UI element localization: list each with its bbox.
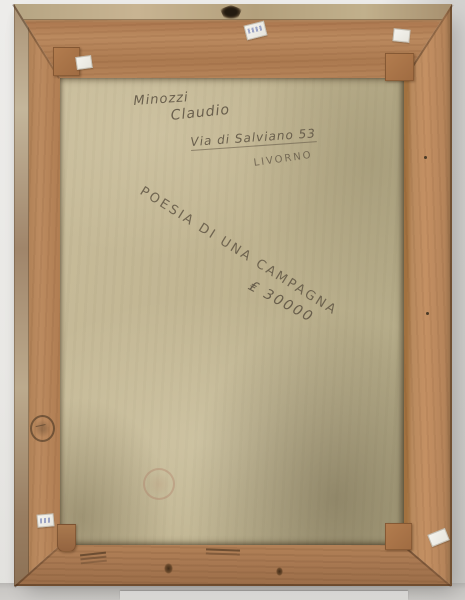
nail-head: [426, 312, 429, 315]
wood-knot: [164, 563, 173, 574]
nail-head: [424, 156, 427, 159]
stretcher-bar-left-face: [14, 4, 29, 586]
wood-stamp: [30, 415, 55, 442]
sticker-ink-marks: [40, 518, 51, 524]
paper-sticker: [392, 28, 410, 43]
sticker-ink-marks: [247, 25, 263, 33]
paper-sticker: [36, 513, 54, 527]
paper-sticker: [75, 55, 93, 70]
corner-block-bottom-right: [385, 523, 412, 550]
corner-block-bottom-left: [57, 524, 76, 552]
corner-block-top-right: [385, 53, 414, 81]
inscription-address: Via di Salviano 53: [190, 126, 316, 151]
shelf-board: [120, 591, 408, 600]
photo-backdrop: Minozzi Claudio Via di Salviano 53 LIVOR…: [0, 0, 465, 600]
wood-knot: [276, 567, 283, 576]
stretcher-bar-left: [14, 4, 60, 586]
stretcher-bar-right: [404, 4, 452, 586]
inscription-artwork-title: POESIA DI UNA CAMPAGNA: [137, 184, 340, 319]
painting-back-frame: Minozzi Claudio Via di Salviano 53 LIVOR…: [14, 4, 452, 586]
canvas-back: Minozzi Claudio Via di Salviano 53 LIVOR…: [60, 78, 404, 545]
faint-round-stamp: [143, 468, 175, 500]
inscription-city: LIVORNO: [253, 150, 313, 169]
